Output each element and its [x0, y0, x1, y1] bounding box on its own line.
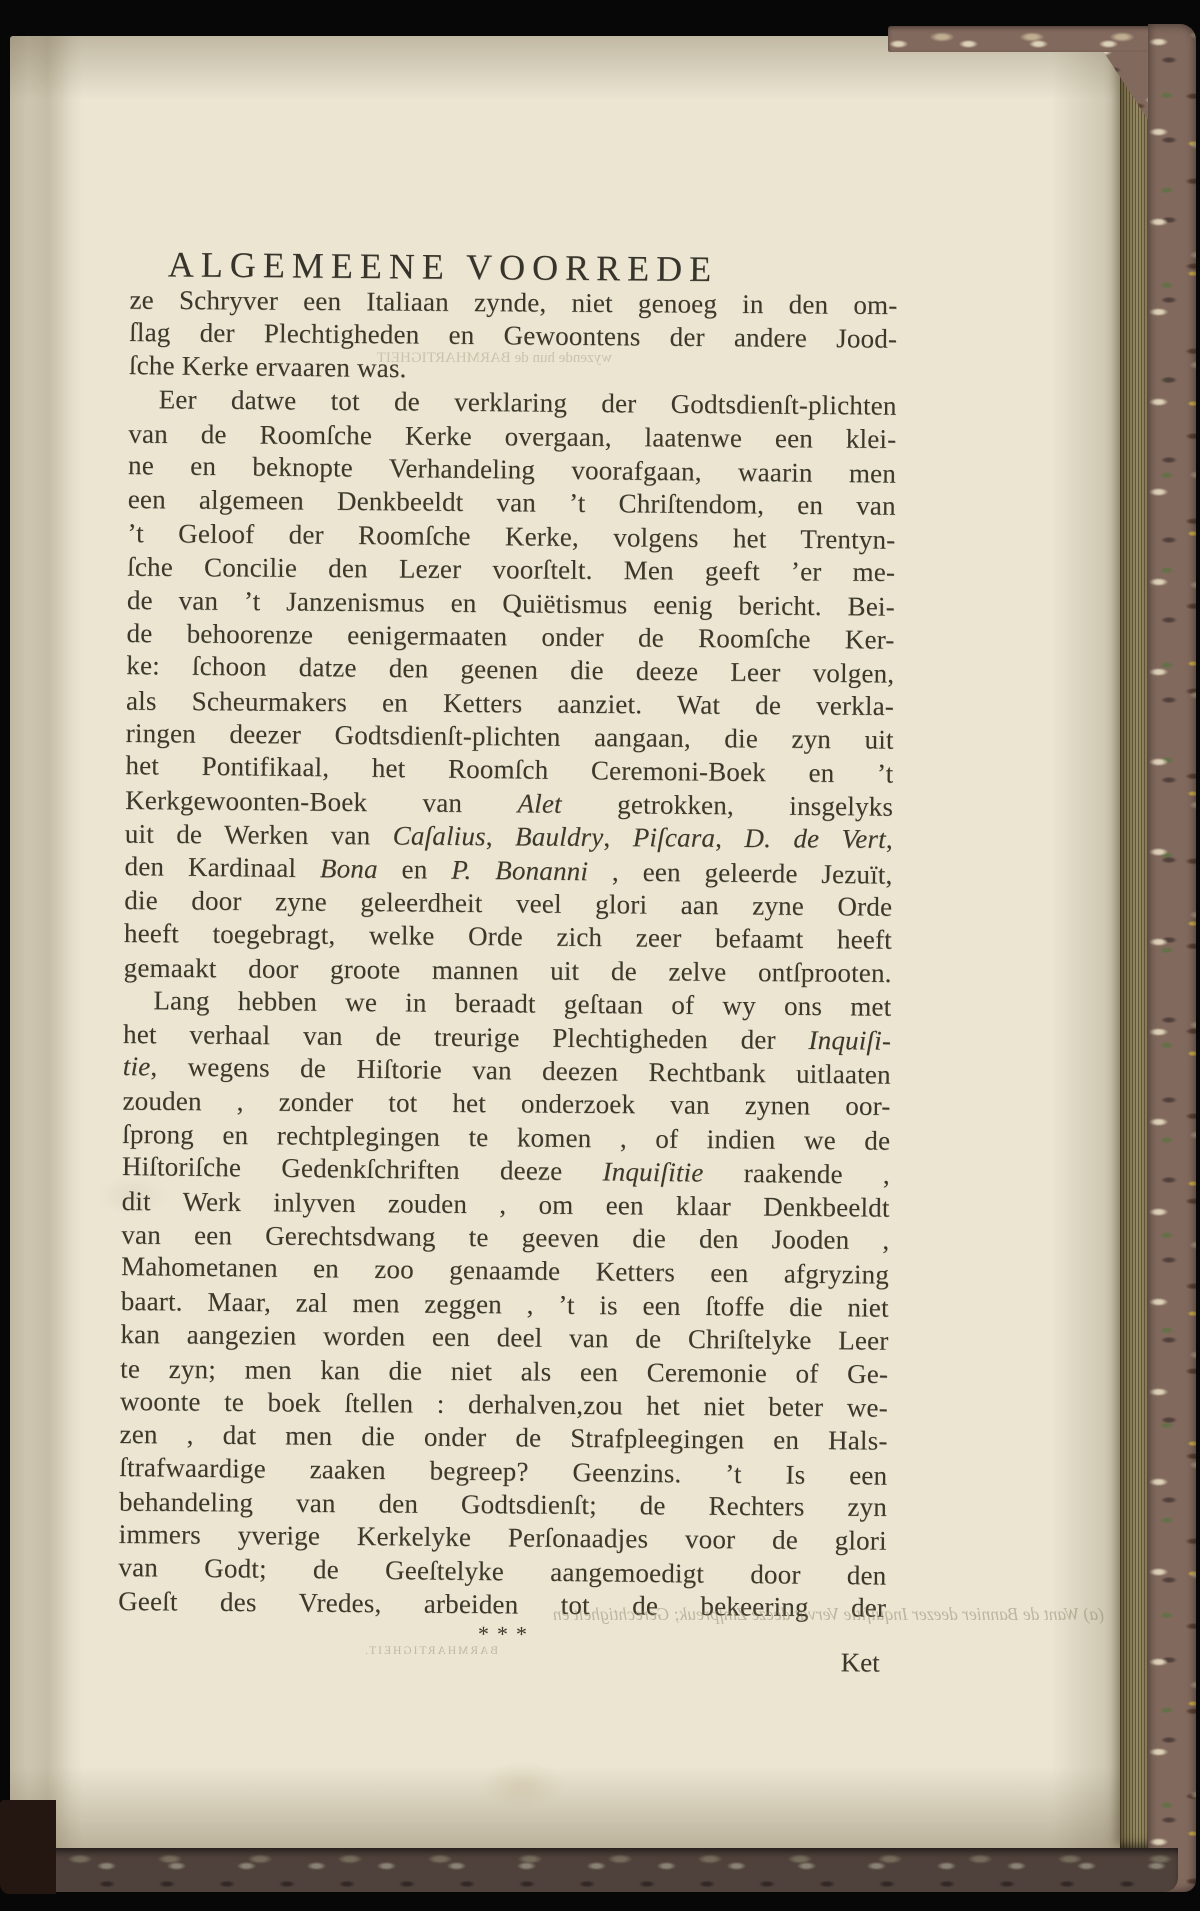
- roman-text: Hiſtoriſche Gedenkſchriften deeze: [122, 1151, 603, 1186]
- text-block: ALGEMEENE VOORREDE ze Schryver een Itali…: [118, 246, 898, 1677]
- roman-text: als Scheurmakers en Ketters aanziet. Wat…: [126, 685, 894, 720]
- italic-text: Inquiſi-: [808, 1025, 891, 1056]
- roman-text: en: [378, 854, 452, 885]
- roman-text: Eer datwe tot de verklaring der Godtsdie…: [159, 384, 897, 420]
- roman-text: de behoorenze eenigermaaten onder de Roo…: [126, 618, 894, 655]
- italic-text: Bona: [320, 853, 378, 884]
- roman-text: het verhaal van de treurige Plechtighede…: [123, 1019, 809, 1055]
- roman-text: behandeling van den Godtsdienſt; de Rech…: [119, 1487, 887, 1522]
- marbled-board-right-edge: [1148, 24, 1196, 1892]
- roman-text: ze Schryver een Italiaan zynde, niet gen…: [129, 285, 897, 320]
- roman-text: immers yverige Kerkelyke Perſonaadjes vo…: [119, 1519, 887, 1556]
- text-line: kan aangezien worden een deel van de Chr…: [120, 1318, 888, 1358]
- roman-text: ,: [603, 822, 632, 852]
- roman-text: van Godt; de Geeſtelyke aangemoedigt doo…: [118, 1552, 886, 1591]
- text-line: behandeling van den Godtsdienſt; de Rech…: [119, 1486, 887, 1525]
- roman-text: te zyn; men kan die niet als een Ceremon…: [120, 1353, 888, 1388]
- roman-text: ſlag der Plechtigheden en Gewoontens der…: [129, 317, 897, 354]
- roman-text: kan aangezien worden een deel van de Chr…: [120, 1319, 888, 1356]
- roman-text: ,: [886, 824, 893, 854]
- roman-text: van een Gerechtsdwang te geeven die den …: [121, 1220, 889, 1255]
- roman-text: uit de Werken van: [125, 819, 393, 851]
- marbled-board-top-edge: [888, 26, 1156, 52]
- roman-text: den Kardinaal: [124, 851, 320, 883]
- roman-text: ringen deezer Godtsdienſt-plichten aanga…: [126, 718, 894, 755]
- roman-text: , wegens de Hiſtorie van deezen Rechtban…: [150, 1051, 891, 1089]
- italic-text: tie: [123, 1051, 151, 1081]
- roman-text: zen , dat men die onder de Strafpleeging…: [119, 1419, 887, 1456]
- roman-text: zouden , zonder tot het onderzoek van zy…: [122, 1086, 890, 1121]
- roman-text: getrokken, insgelyks: [562, 789, 894, 822]
- roman-text: een algemeen Denkbeeldt van ’t Chriſtend…: [128, 484, 896, 521]
- italic-text: Inquiſitie: [602, 1157, 703, 1188]
- roman-text: de van ’t Janzenismus en Quiëtismus eeni…: [127, 585, 895, 622]
- roman-text: het Pontifikaal, het Roomſch Ceremoni-Bo…: [125, 751, 893, 790]
- showthrough-footnote: (a) Want de Bannier deezer Inquiſitie Ve…: [548, 1604, 1104, 1625]
- italic-text: Piſcara: [633, 822, 716, 853]
- text-line: te zyn; men kan die niet als een Ceremon…: [120, 1352, 888, 1391]
- showthrough-motto: BARMHARTIGHEIT.: [394, 1645, 498, 1657]
- roman-text: , een geleerde Jezuït,: [588, 856, 893, 889]
- roman-text: ,: [486, 821, 515, 851]
- italic-text: Bauldry: [515, 822, 604, 853]
- marbled-board-bottom-edge: [26, 1848, 1178, 1892]
- italic-text: P. Bonanni: [451, 854, 588, 886]
- showthrough-top-line: wyzende hun de BARMHARTIGHEIT: [330, 350, 612, 367]
- roman-text: Lang hebben we in beraadt geſtaan of wy …: [153, 985, 891, 1021]
- text-line: ze Schryver een Italiaan zynde, niet gen…: [129, 284, 897, 323]
- italic-text: Caſalius: [393, 821, 486, 852]
- roman-text: ke: ſchoon datze den geenen die deeze Le…: [126, 650, 894, 689]
- roman-text: ,: [715, 823, 744, 853]
- roman-text: ſtrafwaardige zaaken begreep? Geenzins. …: [119, 1452, 887, 1491]
- roman-text: dit Werk inlyven zouden , om een klaar D…: [122, 1186, 890, 1223]
- roman-text: baart. Maar, zal men zeggen , ’t is een …: [121, 1286, 889, 1323]
- roman-text: woonte te boek ſtellen : derhalven,zou h…: [120, 1386, 888, 1423]
- roman-text: raakende ,: [703, 1158, 890, 1190]
- roman-text: Mahometanen en zoo genaamde Ketters een …: [121, 1251, 889, 1290]
- text-line: als Scheurmakers en Ketters aanziet. Wat…: [126, 684, 894, 723]
- italic-text: Alet: [517, 788, 562, 818]
- roman-text: Kerkgewoonten-Boek van: [125, 785, 518, 818]
- roman-text: ſprong en rechtplegingen te komen , of i…: [122, 1119, 890, 1156]
- board-corner-bottom-left: [0, 1800, 56, 1894]
- roman-text: heeft toegebragt, welke Orde zich zeer b…: [124, 918, 892, 955]
- italic-text: D. de Vert: [744, 823, 886, 854]
- roman-text: ne en beknopte Verhandeling voorafgaan, …: [128, 450, 896, 489]
- text-line: ſche Concilie den Lezer voorſtelt. Men g…: [127, 551, 895, 590]
- roman-text: ſche Concilie den Lezer voorſtelt. Men g…: [127, 552, 895, 587]
- roman-text: van de Roomſche Kerke overgaan, laatenwe…: [128, 418, 896, 453]
- text-line: gemaakt door groote mannen uit de zelve …: [124, 951, 892, 990]
- roman-text: gemaakt door groote mannen uit de zelve …: [124, 952, 892, 987]
- page-heading: ALGEMEENE VOORREDE: [130, 246, 898, 290]
- photo-background: ALGEMEENE VOORREDE ze Schryver een Itali…: [0, 0, 1200, 1911]
- roman-text: ’t Geloof der Roomſche Kerke, volgens he…: [127, 518, 895, 555]
- text-line: zouden , zonder tot het onderzoek van zy…: [122, 1085, 890, 1124]
- body-text: ze Schryver een Italiaan zynde, niet gen…: [118, 283, 898, 1625]
